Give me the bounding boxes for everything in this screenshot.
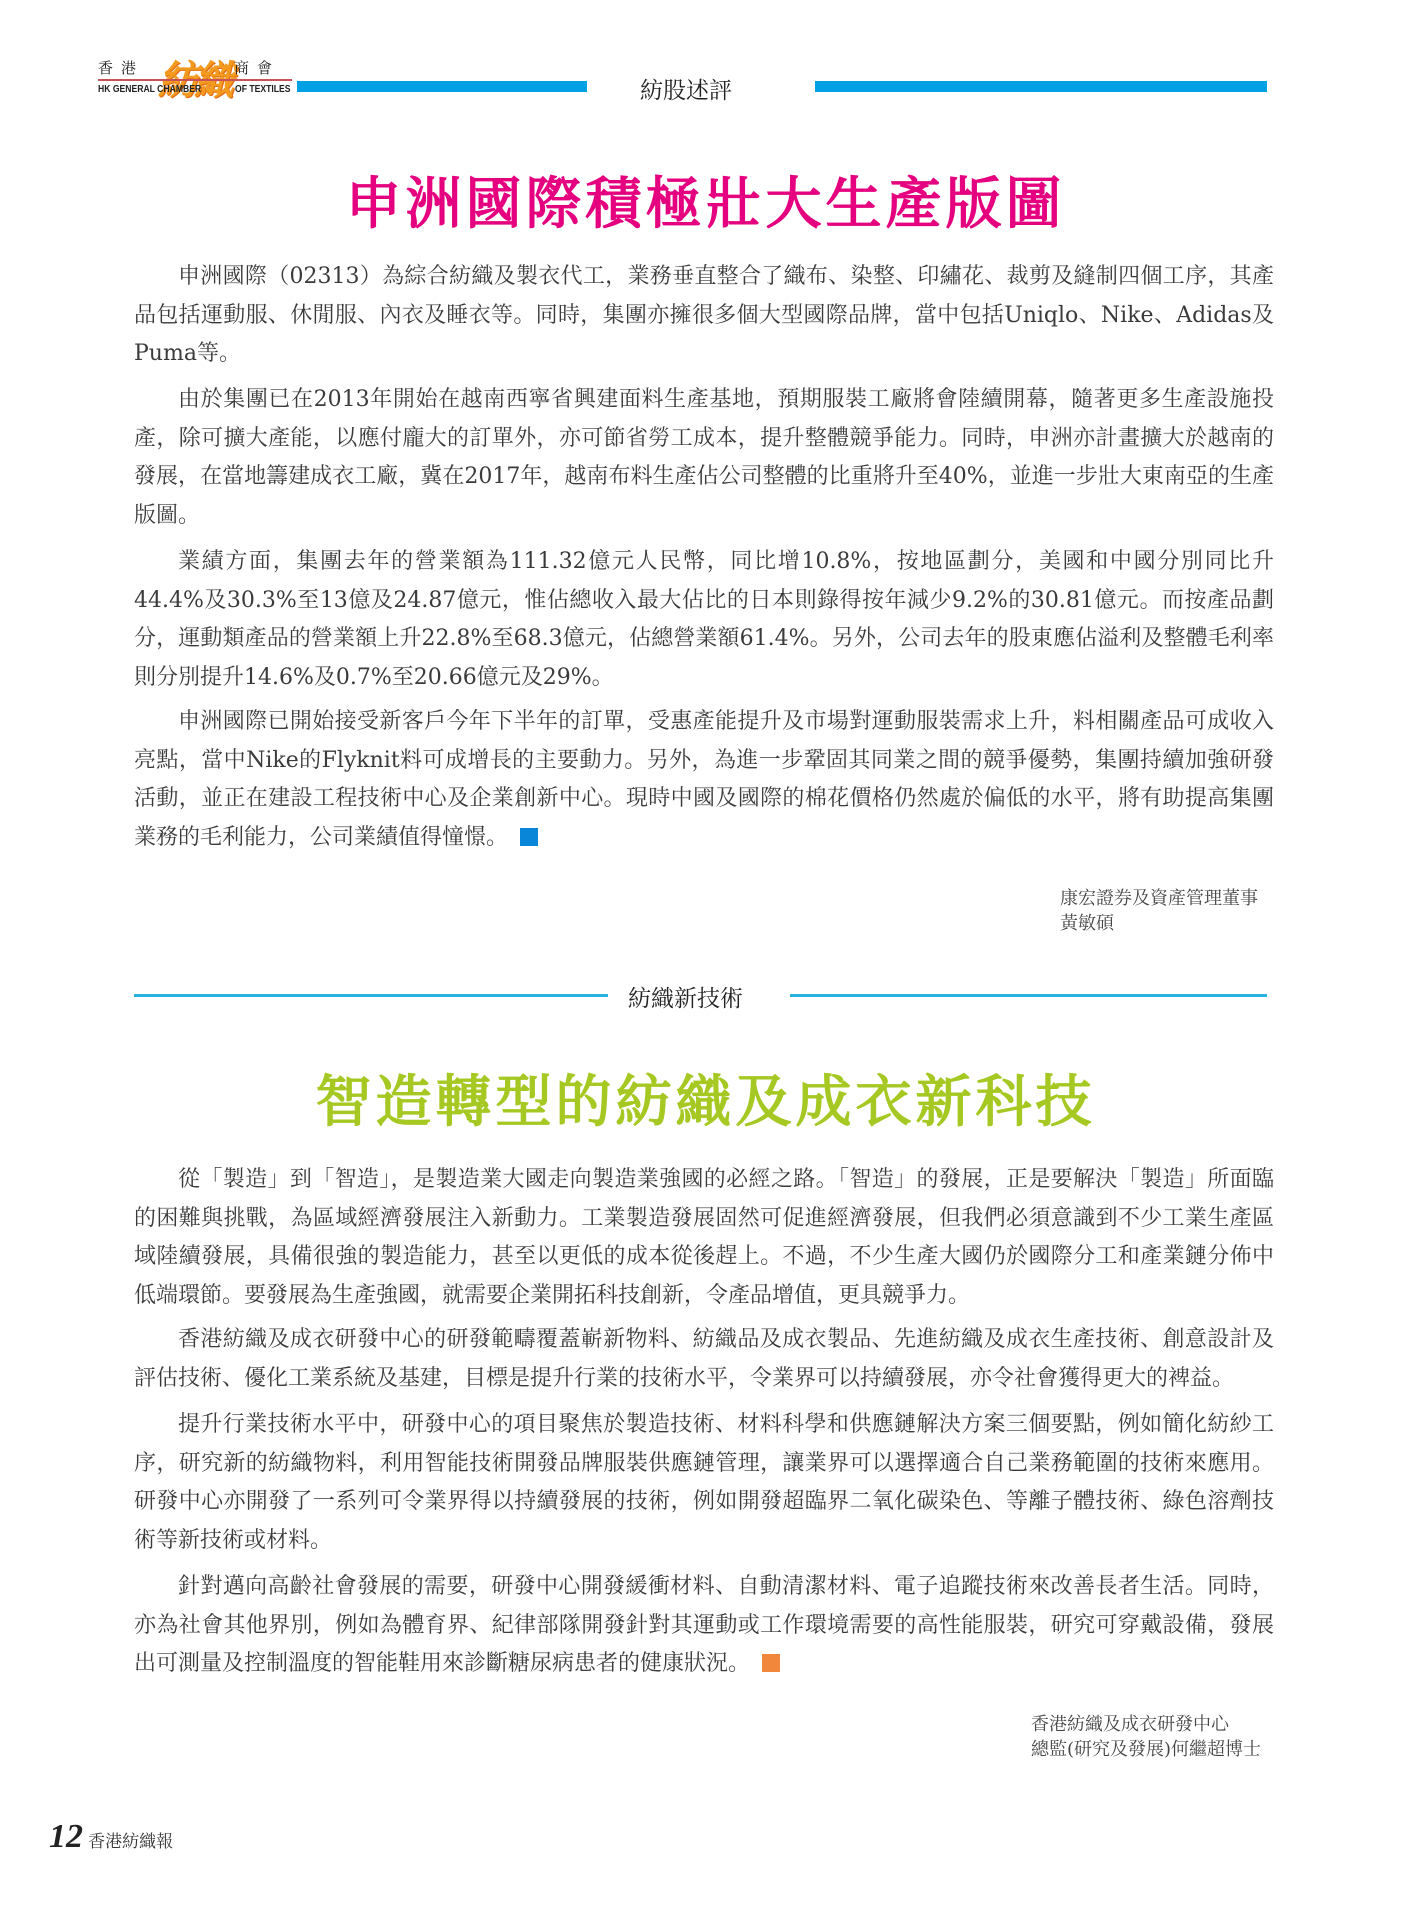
end-mark-icon [762,1654,780,1672]
article1-paragraph-4: 申洲國際已開始接受新客戶今年下半年的訂單，受惠產能提升及市場對運動服裝需求上升，… [134,703,1274,857]
byline-name: 黃敏碩 [1060,911,1258,936]
chamber-logo: 香港 紡織 商會 HK GENERAL CHAMBER OF TEXTILES [98,55,292,113]
section-label-stocks: 紡股述評 [640,72,732,105]
article2-paragraph-3: 提升行業技術水平中，研發中心的項目聚焦於製造技術、材料科學和供應鏈解決方案三個要… [134,1406,1274,1560]
publication-name: 香港紡織報 [88,1832,173,1852]
end-mark-icon [520,828,538,846]
article1-paragraph-1: 申洲國際（02313）為綜合紡織及製衣代工，業務垂直整合了織布、染整、印繡花、裁… [134,258,1274,374]
logo-cn-left: 香港 [98,57,144,78]
header-bar-left [297,81,587,92]
article1-paragraph-3: 業績方面，集團去年的營業額為111.32億元人民幣，同比增10.8%，按地區劃分… [134,543,1274,697]
byline-name: 總監(研究及發展)何繼超博士 [1031,1737,1261,1762]
article1-title: 申洲國際積極壯大生產版圖 [0,160,1411,240]
article2-title: 智造轉型的紡織及成衣新科技 [0,1058,1411,1138]
article1-paragraph-4-text: 申洲國際已開始接受新客戶今年下半年的訂單，受惠產能提升及市場對運動服裝需求上升，… [134,709,1274,850]
page-number: 12 [49,1818,83,1855]
logo-en-left: HK GENERAL CHAMBER [98,83,201,95]
section2-line-right [790,994,1267,997]
article2-paragraph-4: 針對邁向高齡社會發展的需要，研發中心開發緩衝材料、自動清潔材料、電子追蹤技術來改… [134,1568,1274,1684]
logo-en-right: OF TEXTILES [235,83,290,95]
article2-paragraph-2: 香港紡織及成衣研發中心的研發範疇覆蓋嶄新物料、紡織品及成衣製品、先進紡織及成衣生… [134,1321,1274,1398]
logo-cn-big: 紡織 [158,49,230,106]
section2-line-left [134,994,608,997]
byline-org: 香港紡織及成衣研發中心 [1031,1712,1261,1737]
article1-byline: 康宏證券及資產管理董事 黃敏碩 [1060,886,1258,936]
article2-byline: 香港紡織及成衣研發中心 總監(研究及發展)何繼超博士 [1031,1712,1261,1762]
article1-paragraph-2: 由於集團已在2013年開始在越南西寧省興建面料生產基地，預期服裝工廠將會陸續開幕… [134,381,1274,535]
logo-cn-right: 商會 [234,57,280,78]
byline-title: 康宏證券及資產管理董事 [1060,886,1258,911]
page-footer: 12 香港紡織報 [49,1818,173,1856]
article2-paragraph-1: 從「製造」到「智造」，是製造業大國走向製造業強國的必經之路。「智造」的發展，正是… [134,1161,1274,1315]
article2-paragraph-4-text: 針對邁向高齡社會發展的需要，研發中心開發緩衝材料、自動清潔材料、電子追蹤技術來改… [134,1574,1274,1676]
section-label-tech: 紡織新技術 [628,980,743,1013]
header-bar-right [815,81,1267,92]
logo-rule [98,79,292,81]
